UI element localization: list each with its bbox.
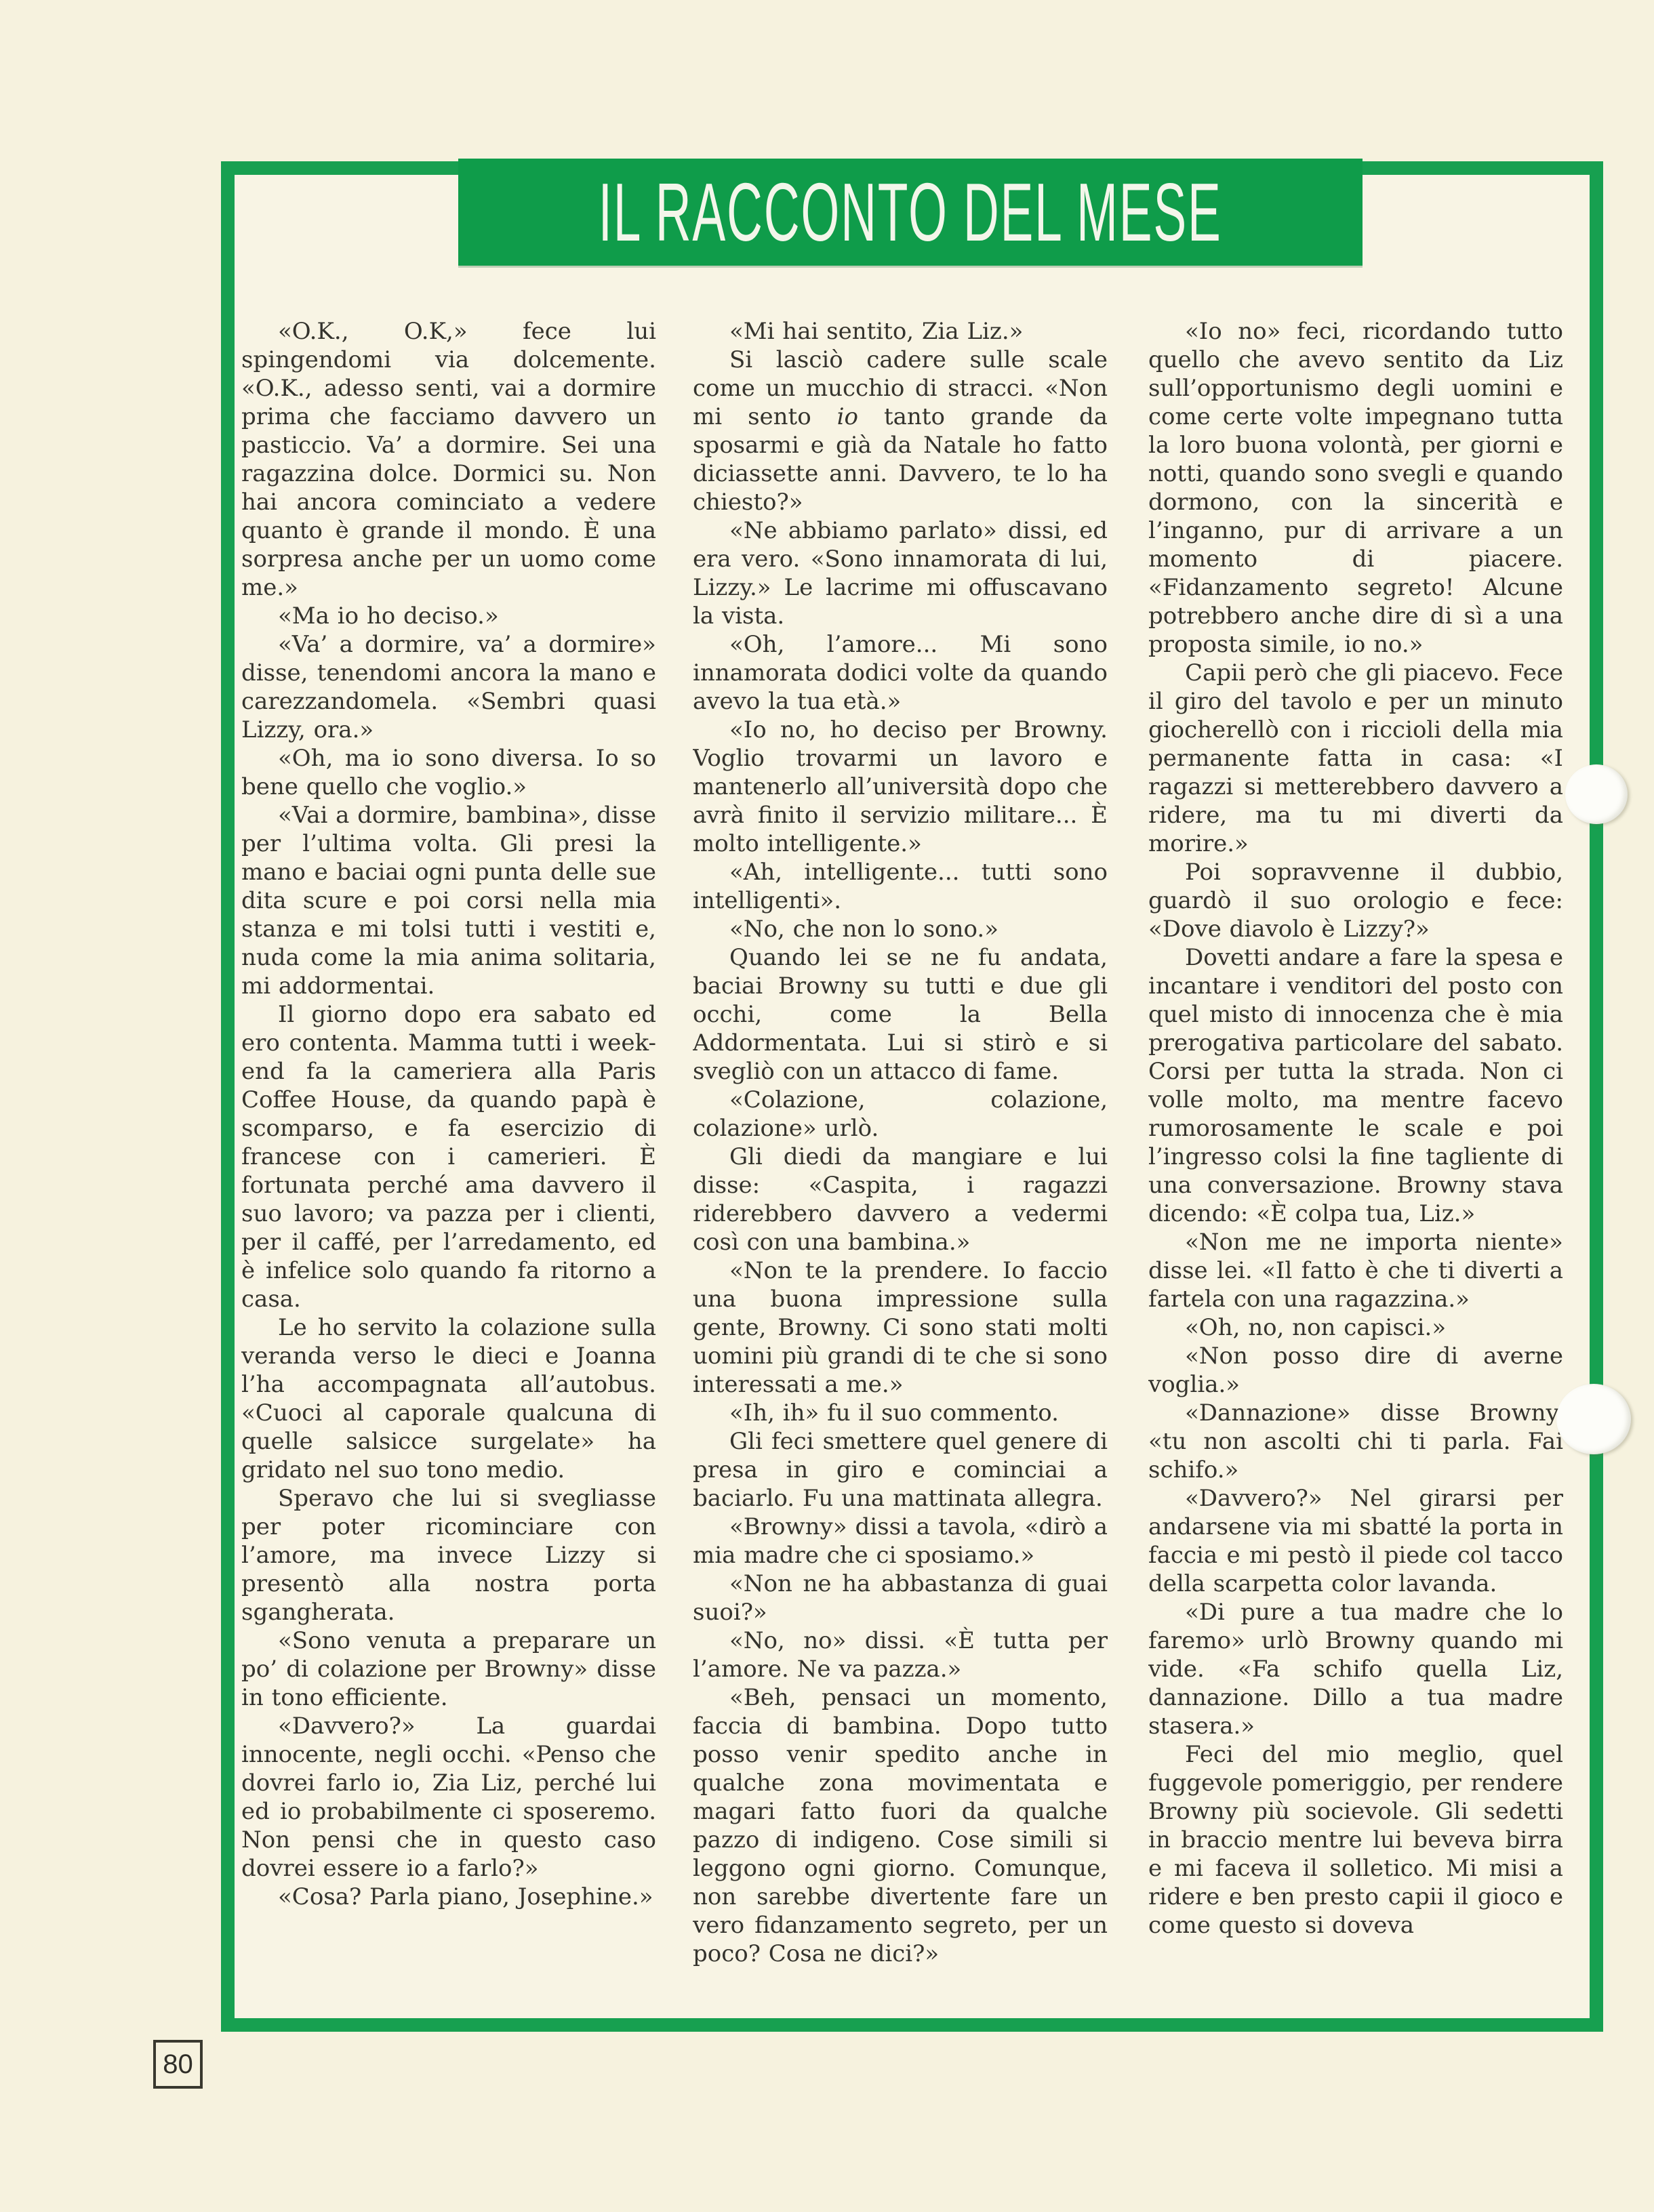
story-paragraph: «Ah, intelligente... tutti sono intellig… [693,858,1108,915]
story-paragraph: «Non te la prendere. Io faccio una buona… [693,1256,1108,1399]
section-banner: IL RACCONTO DEL MESE [458,159,1363,266]
story-paragraph: «No, che non lo sono.» [693,915,1108,943]
text-column-2: «Mi hai sentito, Zia Liz.»Si lasciò cade… [693,317,1108,2025]
story-paragraph: «Oh, no, non capisci.» [1148,1313,1563,1342]
story-paragraph: «Dannazione» disse Browny, «tu non ascol… [1148,1399,1563,1484]
story-paragraph: «Va’ a dormire, va’ a dormire» disse, te… [241,630,656,744]
story-paragraph: «Oh, l’amore... Mi sono innamorata dodic… [693,630,1108,716]
page-number: 80 [163,2049,193,2080]
story-paragraph: «Vai a dormire, bambina», disse per l’ul… [241,801,656,1000]
story-paragraph: Poi sopravvenne il dubbio, guardò il suo… [1148,858,1563,943]
story-paragraph: Quando lei se ne fu andata, baciai Brown… [693,943,1108,1086]
story-paragraph: Dovetti andare a fare la spesa e incanta… [1148,943,1563,1228]
story-paragraph: «Davvero?» La guardai innocente, negli o… [241,1712,656,1883]
magazine-page: IL RACCONTO DEL MESE «O.K., O.K,» fece l… [0,0,1654,2212]
story-paragraph: «Cosa? Parla piano, Josephine.» [241,1883,656,1911]
story-paragraph: «Browny» dissi a tavola, «dirò a mia mad… [693,1513,1108,1570]
punch-hole-top [1565,764,1628,824]
story-paragraph: «Sono venuta a preparare un po’ di colaz… [241,1626,656,1712]
story-paragraph: «No, no» dissi. «È tutta per l’amore. Ne… [693,1626,1108,1683]
story-paragraph: «Ne abbiamo parlato» dissi, ed era vero.… [693,516,1108,630]
story-paragraph: «Io no» feci, ricordando tutto quello ch… [1148,317,1563,659]
story-paragraph: «Non posso dire di averne voglia.» [1148,1342,1563,1399]
story-paragraph: Speravo che lui si svegliasse per poter … [241,1484,656,1626]
story-paragraph: «Davvero?» Nel girarsi per andarsene via… [1148,1484,1563,1598]
story-paragraph: Gli feci smettere quel genere di presa i… [693,1427,1108,1513]
story-paragraph: «Io no, ho deciso per Browny. Voglio tro… [693,716,1108,858]
punch-hole-bottom [1556,1384,1631,1454]
text-column-3: «Io no» feci, ricordando tutto quello ch… [1148,317,1563,2025]
text-column-1: «O.K., O.K,» fece lui spingendomi via do… [241,317,656,2025]
story-paragraph: «Beh, pensaci un momento, faccia di bamb… [693,1683,1108,1968]
story-paragraph: «Oh, ma io sono diversa. Io so bene quel… [241,744,656,801]
story-paragraph: «O.K., O.K,» fece lui spingendomi via do… [241,317,656,602]
story-paragraph: «Colazione, colazione, colazione» urlò. [693,1086,1108,1143]
story-paragraph: «Non ne ha abbastanza di guai suoi?» [693,1570,1108,1626]
story-paragraph: Gli diedi da mangiare e lui disse: «Casp… [693,1143,1108,1256]
story-paragraph: «Mi hai sentito, Zia Liz.» [693,317,1108,346]
story-paragraph: Feci del mio meglio, quel fuggevole pome… [1148,1740,1563,1940]
story-paragraph: Capii però che gli piacevo. Fece il giro… [1148,659,1563,858]
story-paragraph: Il giorno dopo era sabato ed ero content… [241,1000,656,1313]
story-paragraph: «Non me ne importa niente» disse lei. «I… [1148,1228,1563,1313]
section-title: IL RACCONTO DEL MESE [599,171,1222,253]
story-paragraph: Si lasciò cadere sulle scale come un muc… [693,346,1108,516]
story-paragraph: «Ma io ho deciso.» [241,602,656,630]
story-paragraph: Le ho servito la colazione sulla veranda… [241,1313,656,1484]
story-paragraph: «Ih, ih» fu il suo commento. [693,1399,1108,1427]
page-number-box: 80 [153,2040,203,2089]
story-paragraph: «Di pure a tua madre che lo faremo» urlò… [1148,1598,1563,1740]
